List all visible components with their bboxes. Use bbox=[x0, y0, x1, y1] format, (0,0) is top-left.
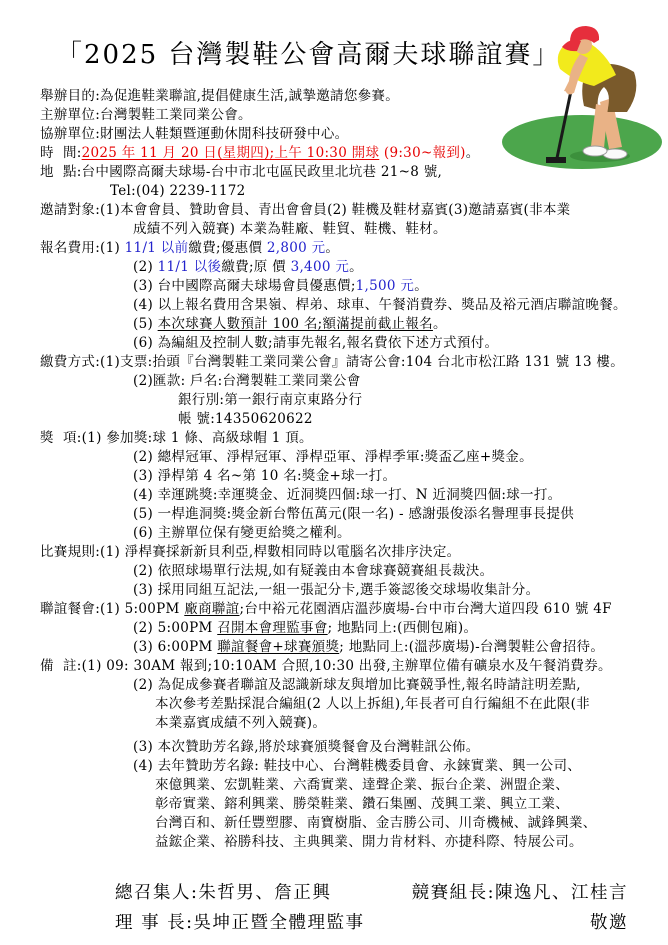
doc-line: 本業嘉賓成績不列入競賽)。 bbox=[0, 714, 668, 733]
blue-text: 1,500 元 bbox=[356, 278, 415, 294]
blue-text: 3,400 元 bbox=[291, 259, 350, 275]
closing-salutation: 敬邀 bbox=[590, 908, 628, 938]
doc-line: (3) 本次贊助芳名錄,將於球賽頒獎餐會及台灣鞋訊公佈。 bbox=[0, 738, 668, 757]
text: (4) 幸運跳獎:幸運獎金、近洞獎四個:球一打、N 近洞獎四個:球一打。 bbox=[133, 487, 561, 503]
doc-line: (3) 淨桿第 4 名~第 10 名:獎金+球一打。 bbox=[0, 467, 668, 486]
text: 台灣百和、新任豐塑膠、南寶樹脂、金吉勝公司、川奇機械、誠鋒興業、 bbox=[155, 815, 597, 831]
doc-line: 比賽規則:(1) 淨桿賽採新新貝利亞,桿數相同時以電腦名次排序決定。 bbox=[0, 543, 668, 562]
doc-line: (2) 5:00PM 召開本會理監事會; 地點同上:(西側包廂)。 bbox=[0, 619, 668, 638]
doc-line: Tel:(04) 2239-1172 bbox=[0, 182, 668, 201]
text: (6) 主辦單位保有變更給獎之權利。 bbox=[133, 525, 351, 541]
red-text: 2025 年 11 月 20 日(星期四);上午 10:30 開球 bbox=[82, 145, 380, 161]
text: 獎 項:(1) 參加獎:球 1 條、高級球帽 1 頂。 bbox=[40, 430, 313, 446]
text: 。 bbox=[433, 316, 447, 332]
text: 比賽規則:(1) 淨桿賽採新新貝利亞,桿數相同時以電腦名次排序決定。 bbox=[40, 544, 460, 560]
doc-line: 備 註:(1) 09: 30AM 報到;10:10AM 合照,10:30 出發,… bbox=[0, 657, 668, 676]
text: 地 點:台中國際高爾夫球場-台中市北屯區民政里北坑巷 21~8 號, bbox=[40, 164, 442, 180]
text: 。 bbox=[349, 259, 363, 275]
doc-line: 銀行別:第一銀行南京東路分行 bbox=[0, 391, 668, 410]
text: 本次參考差點採混合編組(2 人以上拆組),年長者可自行編組不在此限(非 bbox=[155, 696, 590, 712]
doc-line: 益鋐企業、裕勝科技、主典興業、開力肯材料、亦捷科際、特展公司。 bbox=[0, 833, 668, 852]
text: (3) 6:00PM bbox=[133, 639, 217, 655]
doc-line: 來億興業、宏凱鞋業、六喬實業、達聲企業、振台企業、洲盟企業、 bbox=[0, 776, 668, 795]
text: 本業嘉賓成績不列入競賽)。 bbox=[155, 715, 326, 731]
blue-text: 11/1 以後 bbox=[158, 259, 222, 275]
text: Tel:(04) 2239-1172 bbox=[110, 183, 246, 199]
blue-text: 2,800 元 bbox=[267, 240, 326, 256]
doc-line: (4) 去年贊助芳名錄: 鞋技中心、台灣鞋機委員會、永錸實業、興一公司、 bbox=[0, 757, 668, 776]
doc-line: (2) 總桿冠軍、淨桿冠軍、淨桿亞軍、淨桿季軍:獎盃乙座+獎金。 bbox=[0, 448, 668, 467]
doc-line: (2) 為促成參賽者聯誼及認識新球友與增加比賽競爭性,報名時請註明差點, bbox=[0, 676, 668, 695]
text: 繳費方式:(1)支票:抬頭『台灣製鞋工業同業公會』請寄公會:104 台北市松江路… bbox=[40, 354, 624, 370]
doc-line: 時 間:2025 年 11 月 20 日(星期四);上午 10:30 開球 (9… bbox=[0, 144, 668, 163]
doc-line: 邀請對象:(1)本會會員、贊助會員、青出會會員(2) 鞋機及鞋材嘉賓(3)邀請嘉… bbox=[0, 201, 668, 220]
referee-names: 競賽組長:陳逸凡、江桂言 bbox=[412, 878, 628, 908]
doc-line: 台灣百和、新任豐塑膠、南寶樹脂、金吉勝公司、川奇機械、誠鋒興業、 bbox=[0, 814, 668, 833]
doc-line: (3) 採用同組互記法,一組一張記分卡,選手簽認後交球場收集計分。 bbox=[0, 581, 668, 600]
text: 舉辦目的:為促進鞋業聯誼,提倡健康生活,誠摯邀請您參賽。 bbox=[40, 88, 399, 104]
doc-line: 繳費方式:(1)支票:抬頭『台灣製鞋工業同業公會』請寄公會:104 台北市松江路… bbox=[0, 353, 668, 372]
text: 來億興業、宏凱鞋業、六喬實業、達聲企業、振台企業、洲盟企業、 bbox=[155, 777, 569, 793]
doc-line: 獎 項:(1) 參加獎:球 1 條、高級球帽 1 頂。 bbox=[0, 429, 668, 448]
text: 時 間: bbox=[40, 145, 82, 161]
text: 銀行別:第一銀行南京東路分行 bbox=[178, 392, 362, 408]
doc-line: (4) 幸運跳獎:幸運獎金、近洞獎四個:球一打、N 近洞獎四個:球一打。 bbox=[0, 486, 668, 505]
text: (2) 5:00PM bbox=[133, 620, 217, 636]
text: (2) 為促成參賽者聯誼及認識新球友與增加比賽競爭性,報名時請註明差點, bbox=[133, 677, 581, 693]
text: (5) bbox=[133, 316, 158, 332]
underlined-text: 本次球賽人數預計 100 名;額滿提前截止報名 bbox=[158, 316, 433, 332]
text: 成績不列入競賽) 本業為鞋廠、鞋貿、鞋機、鞋材。 bbox=[133, 221, 447, 237]
blue-text: 11/1 以前 bbox=[125, 240, 189, 256]
text: 彰帝實業、鎔利興業、勝榮鞋業、鑽石集團、茂興工業、興立工業、 bbox=[155, 796, 569, 812]
text: (2) bbox=[133, 259, 158, 275]
signature-row-1: 總召集人:朱哲男、詹正興 競賽組長:陳逸凡、江桂言 bbox=[115, 878, 628, 908]
doc-line: 本次參考差點採混合編組(2 人以上拆組),年長者可自行編組不在此限(非 bbox=[0, 695, 668, 714]
text: 聯誼餐會:(1) 5:00PM bbox=[40, 601, 184, 617]
page-title: 「2025 台灣製鞋公會高爾夫球聯誼賽」 bbox=[0, 0, 668, 87]
doc-line: 地 點:台中國際高爾夫球場-台中市北屯區民政里北坑巷 21~8 號, bbox=[0, 163, 668, 182]
doc-line: (4) 以上報名費用含果嶺、桿弟、球車、午餐消費券、獎品及裕元酒店聯誼晚餐。 bbox=[0, 296, 668, 315]
text: 協辦單位:財團法人鞋類暨運動休閒科技研發中心。 bbox=[40, 126, 348, 142]
doc-line: (2) 依照球場單行法規,如有疑義由本會球賽競賽組長裁決。 bbox=[0, 562, 668, 581]
underlined-text: 召開本會理監事會 bbox=[217, 620, 327, 636]
text: 主辦單位:台灣製鞋工業同業公會。 bbox=[40, 107, 252, 123]
doc-line: 協辦單位:財團法人鞋類暨運動休閒科技研發中心。 bbox=[0, 125, 668, 144]
text: 。 bbox=[325, 240, 339, 256]
text: 益鋐企業、裕勝科技、主典興業、開力肯材料、亦捷科際、特展公司。 bbox=[155, 834, 583, 850]
signature-row-2: 理 事 長:吳坤正暨全體理監事 敬邀 bbox=[115, 908, 628, 938]
text: 邀請對象:(1)本會會員、贊助會員、青出會會員(2) 鞋機及鞋材嘉賓(3)邀請嘉… bbox=[40, 202, 570, 218]
text: ; 地點同上:(西側包廂)。 bbox=[328, 620, 478, 636]
doc-line: 主辦單位:台灣製鞋工業同業公會。 bbox=[0, 106, 668, 125]
doc-line: (6) 為編組及控制人數;請事先報名,報名費依下述方式預付。 bbox=[0, 334, 668, 353]
text: 。 bbox=[466, 145, 480, 161]
doc-line: (5) 一桿進洞獎:獎金新台幣伍萬元(限一名) - 感謝張俊添名譽理事長提供 bbox=[0, 505, 668, 524]
underlined-text: 聯誼餐會+球賽頒獎 bbox=[217, 639, 339, 655]
doc-line: (2) 11/1 以後繳費;原 價 3,400 元。 bbox=[0, 258, 668, 277]
text: 備 註:(1) 09: 30AM 報到;10:10AM 合照,10:30 出發,… bbox=[40, 658, 612, 674]
chairman-name: 理 事 長:吳坤正暨全體理監事 bbox=[115, 908, 365, 938]
signature-block: 總召集人:朱哲男、詹正興 競賽組長:陳逸凡、江桂言 理 事 長:吳坤正暨全體理監… bbox=[115, 878, 628, 938]
text: (4) 去年贊助芳名錄: 鞋技中心、台灣鞋機委員會、永錸實業、興一公司、 bbox=[133, 758, 581, 774]
document-body: 舉辦目的:為促進鞋業聯誼,提倡健康生活,誠摯邀請您參賽。主辦單位:台灣製鞋工業同… bbox=[0, 87, 668, 852]
doc-line: 彰帝實業、鎔利興業、勝榮鞋業、鑽石集團、茂興工業、興立工業、 bbox=[0, 795, 668, 814]
text: (4) 以上報名費用含果嶺、桿弟、球車、午餐消費券、獎品及裕元酒店聯誼晚餐。 bbox=[133, 297, 627, 313]
red-text: (9:30~報到) bbox=[379, 145, 465, 161]
doc-line: (5) 本次球賽人數預計 100 名;額滿提前截止報名。 bbox=[0, 315, 668, 334]
text: (3) 台中國際高爾夫球場會員優惠價; bbox=[133, 278, 356, 294]
doc-line: (6) 主辦單位保有變更給獎之權利。 bbox=[0, 524, 668, 543]
text: (3) 本次贊助芳名錄,將於球賽頒獎餐會及台灣鞋訊公佈。 bbox=[133, 739, 480, 755]
convener-names: 總召集人:朱哲男、詹正興 bbox=[115, 878, 331, 908]
invitation-document: 「2025 台灣製鞋公會高爾夫球聯誼賽」 舉辦目的:為促進鞋業聯誼,提倡健康生活… bbox=[0, 0, 668, 945]
doc-line: (2)匯款: 戶名:台灣製鞋工業同業公會 bbox=[0, 372, 668, 391]
doc-line: 聯誼餐會:(1) 5:00PM 廠商聯誼;台中裕元花園酒店溫莎廣場-台中市台灣大… bbox=[0, 600, 668, 619]
text: (2)匯款: 戶名:台灣製鞋工業同業公會 bbox=[133, 373, 361, 389]
text: (6) 為編組及控制人數;請事先報名,報名費依下述方式預付。 bbox=[133, 335, 498, 351]
text: 帳 號:14350620622 bbox=[178, 411, 313, 427]
text: 繳費;原 價 bbox=[221, 259, 290, 275]
text: (3) 採用同組互記法,一組一張記分卡,選手簽認後交球場收集計分。 bbox=[133, 582, 539, 598]
doc-line: 成績不列入競賽) 本業為鞋廠、鞋貿、鞋機、鞋材。 bbox=[0, 220, 668, 239]
underlined-text: 廠商聯誼 bbox=[184, 601, 239, 617]
text: ;台中裕元花園酒店溫莎廣場-台中市台灣大道四段 610 號 4F bbox=[239, 601, 611, 617]
text: 繳費;優惠價 bbox=[188, 240, 266, 256]
doc-line: 舉辦目的:為促進鞋業聯誼,提倡健康生活,誠摯邀請您參賽。 bbox=[0, 87, 668, 106]
text: (5) 一桿進洞獎:獎金新台幣伍萬元(限一名) - 感謝張俊添名譽理事長提供 bbox=[133, 506, 574, 522]
text: ; 地點同上:(溫莎廣場)-台灣製鞋公會招待。 bbox=[339, 639, 604, 655]
text: (2) 依照球場單行法規,如有疑義由本會球賽競賽組長裁決。 bbox=[133, 563, 493, 579]
doc-line: (3) 台中國際高爾夫球場會員優惠價;1,500 元。 bbox=[0, 277, 668, 296]
text: 。 bbox=[414, 278, 428, 294]
text: (3) 淨桿第 4 名~第 10 名:獎金+球一打。 bbox=[133, 468, 396, 484]
text: 報名費用:(1) bbox=[40, 240, 125, 256]
doc-line: 報名費用:(1) 11/1 以前繳費;優惠價 2,800 元。 bbox=[0, 239, 668, 258]
doc-line: (3) 6:00PM 聯誼餐會+球賽頒獎; 地點同上:(溫莎廣場)-台灣製鞋公會… bbox=[0, 638, 668, 657]
text: (2) 總桿冠軍、淨桿冠軍、淨桿亞軍、淨桿季軍:獎盃乙座+獎金。 bbox=[133, 449, 533, 465]
doc-line: 帳 號:14350620622 bbox=[0, 410, 668, 429]
